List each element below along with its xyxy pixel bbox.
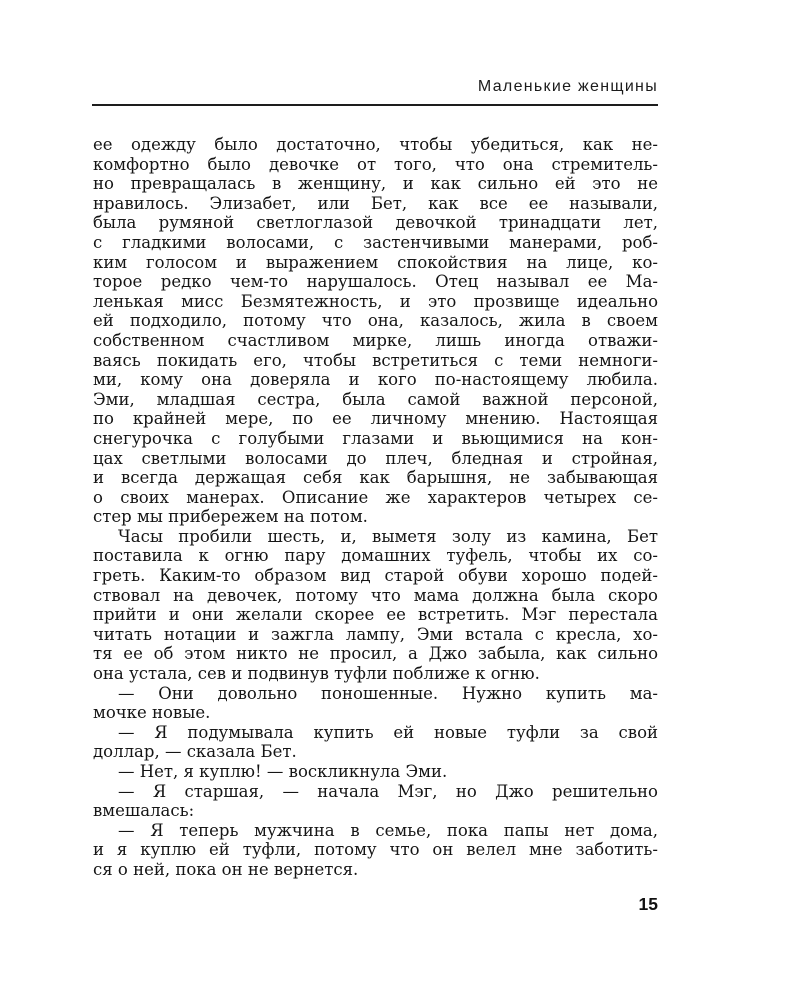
running-header-title: Маленькие женщины [92,78,658,96]
text-line: стер мы прибережем на потом. [93,507,658,527]
text-line: комфортно было девочке от того, что она … [93,155,658,175]
text-line: Эми, младшая сестра, была самой важной п… [93,390,658,410]
text-line: торое редко чем-то нарушалось. Отец назы… [93,272,658,292]
text-line: по крайней мере, по ее личному мнению. Н… [93,409,658,429]
text-line: ми, кому она доверяла и кого по-настояще… [93,370,658,390]
text-line: — Они довольно поношенные. Нужно купить … [93,684,658,704]
text-line: греть. Каким-то образом вид старой обуви… [93,566,658,586]
text-line: но превращалась в женщину, и как сильно … [93,174,658,194]
header-rule [92,104,658,106]
text-line: о своих манерах. Описание же характеров … [93,488,658,508]
text-line: — Нет, я куплю! — воскликнула Эми. [93,762,658,782]
text-line: и всегда держащая себя как барышня, не з… [93,468,658,488]
text-line: прийти и они желали скорее ее встретить.… [93,605,658,625]
text-line: мочке новые. [93,703,658,723]
text-line: тя ее об этом никто не просил, а Джо заб… [93,644,658,664]
text-line: ленькая мисс Безмятежность, и это прозви… [93,292,658,312]
text-line: с гладкими волосами, с застенчивыми мане… [93,233,658,253]
text-line: цах светлыми волосами до плеч, бледная и… [93,449,658,469]
text-line: Часы пробили шесть, и, выметя золу из ка… [93,527,658,547]
text-line: доллар, — сказала Бет. [93,742,658,762]
text-line: ваясь покидать его, чтобы встретиться с … [93,351,658,371]
paragraph: — Они довольно поношенные. Нужно купить … [93,684,658,723]
text-line: ее одежду было достаточно, чтобы убедить… [93,135,658,155]
text-line: поставила к огню пару домашних туфель, ч… [93,546,658,566]
text-line: собственном счастливом мирке, лишь иногд… [93,331,658,351]
text-line: ей подходило, потому что она, казалось, … [93,311,658,331]
paragraph: Часы пробили шесть, и, выметя золу из ка… [93,527,658,684]
text-line: ствовал на девочек, потому что мама долж… [93,586,658,606]
text-line: ким голосом и выражением спокойствия на … [93,253,658,273]
page-body-text: ее одежду было достаточно, чтобы убедить… [93,135,658,880]
text-line: — Я подумывала купить ей новые туфли за … [93,723,658,743]
text-line: ся о ней, пока он не вернется. [93,860,658,880]
text-line: она устала, сев и подвинув туфли поближе… [93,664,658,684]
text-line: читать нотации и зажгла лампу, Эми встал… [93,625,658,645]
text-line: — Я теперь мужчина в семье, пока папы не… [93,821,658,841]
text-line: вмешалась: [93,801,658,821]
text-line: снегурочка с голубыми глазами и вьющимис… [93,429,658,449]
text-line: — Я старшая, — начала Мэг, но Джо решите… [93,782,658,802]
paragraph: — Я теперь мужчина в семье, пока папы не… [93,821,658,880]
page-number: 15 [92,894,658,915]
text-line: была румяной светлоглазой девочкой трина… [93,213,658,233]
text-line: и я куплю ей туфли, потому что он велел … [93,840,658,860]
paragraph: — Я старшая, — начала Мэг, но Джо решите… [93,782,658,821]
paragraph: ее одежду было достаточно, чтобы убедить… [93,135,658,527]
paragraph: — Нет, я куплю! — воскликнула Эми. [93,762,658,782]
text-line: нравилось. Элизабет, или Бет, как все ее… [93,194,658,214]
book-page: Маленькие женщины ее одежду было достато… [0,0,800,1000]
paragraph: — Я подумывала купить ей новые туфли за … [93,723,658,762]
